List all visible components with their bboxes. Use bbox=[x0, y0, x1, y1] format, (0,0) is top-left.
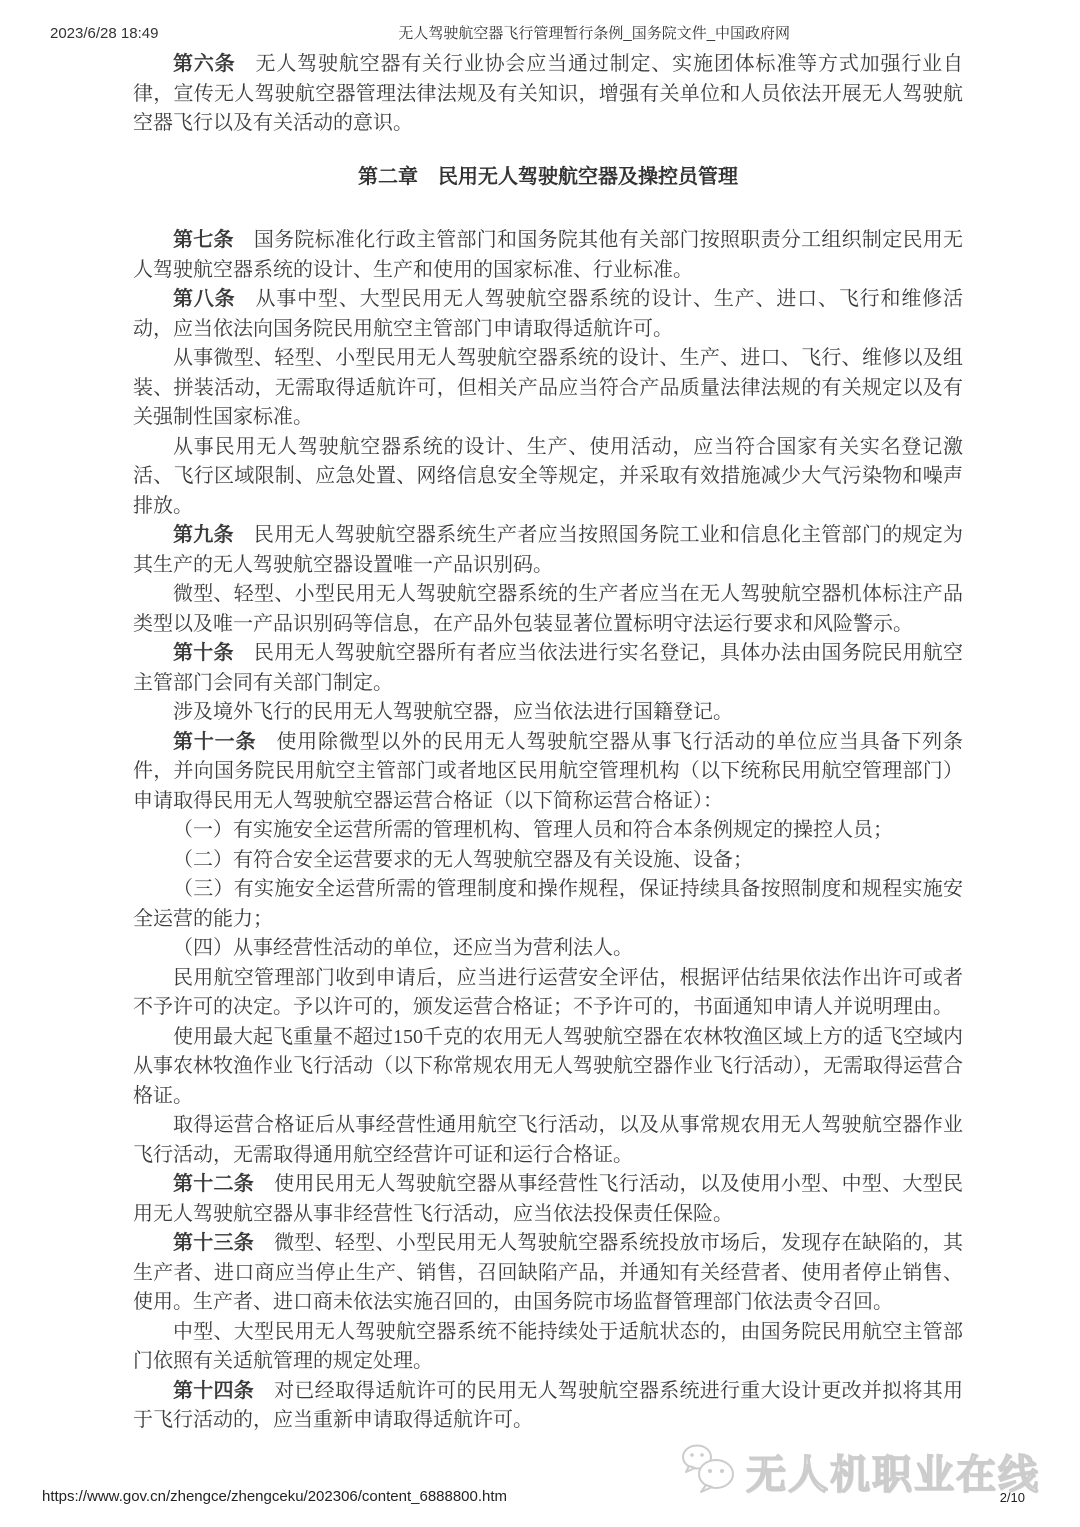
paragraph-text: 使用除微型以外的民用无人驾驶航空器从事飞行活动的单位应当具备下列条件，并向国务院… bbox=[133, 731, 963, 812]
paragraph-text: 中型、大型民用无人驾驶航空器系统不能持续处于适航状态的，由国务院民用航空主管部门… bbox=[133, 1321, 963, 1373]
paragraph-text: 无人驾驶航空器有关行业协会应当通过制定、实施团体标准等方式加强行业自律，宣传无人… bbox=[133, 53, 963, 134]
paragraph-text: 涉及境外飞行的民用无人驾驶航空器，应当依法进行国籍登记。 bbox=[173, 701, 733, 723]
wechat-icon bbox=[676, 1442, 740, 1501]
article-paragraph: 第九条民用无人驾驶航空器系统生产者应当按照国务院工业和信息化主管部门的规定为其生… bbox=[133, 521, 963, 580]
paragraph-text: 对已经取得适航许可的民用无人驾驶航空器系统进行重大设计更改并拟将其用于飞行活动的… bbox=[133, 1380, 963, 1432]
print-header: 2023/6/28 18:49 无人驾驶航空器飞行管理暂行条例_国务院文件_中国… bbox=[50, 22, 1030, 43]
article-number: 第七条 bbox=[173, 229, 234, 251]
page-number: 2/10 bbox=[1000, 1490, 1025, 1505]
article-paragraph: 第六条无人驾驶航空器有关行业协会应当通过制定、实施团体标准等方式加强行业自律，宣… bbox=[133, 50, 963, 139]
article-number: 第十四条 bbox=[173, 1380, 254, 1402]
paragraph-text: 国务院标准化行政主管部门和国务院其他有关部门按照职责分工组织制定民用无人驾驶航空… bbox=[133, 229, 963, 281]
body-paragraph: （二）有符合安全运营要求的无人驾驶航空器及有关设施、设备； bbox=[133, 846, 963, 876]
article-paragraph: 第十二条使用民用无人驾驶航空器从事经营性飞行活动，以及使用小型、中型、大型民用无… bbox=[133, 1170, 963, 1229]
body-paragraph: 取得运营合格证后从事经营性通用航空飞行活动，以及从事常规农用无人驾驶航空器作业飞… bbox=[133, 1111, 963, 1170]
body-paragraph: （一）有实施安全运营所需的管理机构、管理人员和符合本条例规定的操控人员； bbox=[133, 816, 963, 846]
article-paragraph: 第十条民用无人驾驶航空器所有者应当依法进行实名登记，具体办法由国务院民用航空主管… bbox=[133, 639, 963, 698]
paragraph-text: （二）有符合安全运营要求的无人驾驶航空器及有关设施、设备； bbox=[173, 849, 753, 871]
paragraph-text: 民用无人驾驶航空器所有者应当依法进行实名登记，具体办法由国务院民用航空主管部门会… bbox=[133, 642, 963, 694]
body-paragraph: 涉及境外飞行的民用无人驾驶航空器，应当依法进行国籍登记。 bbox=[133, 698, 963, 728]
paragraph-text: （三）有实施安全运营所需的管理制度和操作规程，保证持续具备按照制度和规程实施安全… bbox=[133, 878, 963, 930]
paragraph-text: 民用航空管理部门收到申请后，应当进行运营安全评估，根据评估结果依法作出许可或者不… bbox=[133, 967, 963, 1019]
paragraph-text: 微型、轻型、小型民用无人驾驶航空器系统投放市场后，发现存在缺陷的，其生产者、进口… bbox=[133, 1232, 963, 1313]
body-paragraph: 使用最大起飞重量不超过150千克的农用无人驾驶航空器在农林牧渔区域上方的适飞空域… bbox=[133, 1023, 963, 1112]
body-paragraph: 民用航空管理部门收到申请后，应当进行运营安全评估，根据评估结果依法作出许可或者不… bbox=[133, 964, 963, 1023]
paragraph-text: 从事民用无人驾驶航空器系统的设计、生产、使用活动，应当符合国家有关实名登记激活、… bbox=[133, 436, 963, 517]
article-number: 第八条 bbox=[173, 288, 236, 310]
article-number: 第九条 bbox=[173, 524, 234, 546]
article-number: 第十条 bbox=[173, 642, 234, 664]
print-datetime: 2023/6/28 18:49 bbox=[50, 25, 158, 42]
body-paragraph: 微型、轻型、小型民用无人驾驶航空器系统的生产者应当在无人驾驶航空器机体标注产品类… bbox=[133, 580, 963, 639]
body-paragraph: 从事微型、轻型、小型民用无人驾驶航空器系统的设计、生产、进口、飞行、维修以及组装… bbox=[133, 344, 963, 433]
article-number: 第十二条 bbox=[173, 1173, 254, 1195]
paragraph-text: 取得运营合格证后从事经营性通用航空飞行活动，以及从事常规农用无人驾驶航空器作业飞… bbox=[133, 1114, 963, 1166]
article-number: 第六条 bbox=[173, 53, 236, 75]
watermark: 无人机职业在线 bbox=[676, 1442, 1040, 1501]
article-paragraph: 第十一条使用除微型以外的民用无人驾驶航空器从事飞行活动的单位应当具备下列条件，并… bbox=[133, 728, 963, 817]
chapter-heading: 第二章 民用无人驾驶航空器及操控员管理 bbox=[133, 163, 963, 193]
print-url: https://www.gov.cn/zhengce/zhengceku/202… bbox=[42, 1488, 507, 1505]
body-paragraph: 从事民用无人驾驶航空器系统的设计、生产、使用活动，应当符合国家有关实名登记激活、… bbox=[133, 433, 963, 522]
paragraph-text: 从事中型、大型民用无人驾驶航空器系统的设计、生产、进口、飞行和维修活动，应当依法… bbox=[133, 288, 963, 340]
watermark-text: 无人机职业在线 bbox=[746, 1443, 1040, 1500]
paragraph-text: 使用民用无人驾驶航空器从事经营性飞行活动，以及使用小型、中型、大型民用无人驾驶航… bbox=[133, 1173, 963, 1225]
paragraph-text: （四）从事经营性活动的单位，还应当为营利法人。 bbox=[173, 937, 633, 959]
document-body: 第六条无人驾驶航空器有关行业协会应当通过制定、实施团体标准等方式加强行业自律，宣… bbox=[133, 50, 963, 1436]
body-paragraph: （四）从事经营性活动的单位，还应当为营利法人。 bbox=[133, 934, 963, 964]
article-number: 第十一条 bbox=[173, 731, 256, 753]
paragraph-text: 民用无人驾驶航空器系统生产者应当按照国务院工业和信息化主管部门的规定为其生产的无… bbox=[133, 524, 963, 576]
paragraph-text: 微型、轻型、小型民用无人驾驶航空器系统的生产者应当在无人驾驶航空器机体标注产品类… bbox=[133, 583, 963, 635]
paragraph-text: （一）有实施安全运营所需的管理机构、管理人员和符合本条例规定的操控人员； bbox=[173, 819, 893, 841]
article-paragraph: 第十四条对已经取得适航许可的民用无人驾驶航空器系统进行重大设计更改并拟将其用于飞… bbox=[133, 1377, 963, 1436]
print-title: 无人驾驶航空器飞行管理暂行条例_国务院文件_中国政府网 bbox=[158, 22, 1030, 43]
article-paragraph: 第八条从事中型、大型民用无人驾驶航空器系统的设计、生产、进口、飞行和维修活动，应… bbox=[133, 285, 963, 344]
article-paragraph: 第十三条微型、轻型、小型民用无人驾驶航空器系统投放市场后，发现存在缺陷的，其生产… bbox=[133, 1229, 963, 1318]
paragraph-text: 使用最大起飞重量不超过150千克的农用无人驾驶航空器在农林牧渔区域上方的适飞空域… bbox=[133, 1026, 963, 1107]
body-paragraph: （三）有实施安全运营所需的管理制度和操作规程，保证持续具备按照制度和规程实施安全… bbox=[133, 875, 963, 934]
article-number: 第十三条 bbox=[173, 1232, 254, 1254]
print-page: 2023/6/28 18:49 无人驾驶航空器飞行管理暂行条例_国务院文件_中国… bbox=[0, 0, 1080, 1527]
article-paragraph: 第七条国务院标准化行政主管部门和国务院其他有关部门按照职责分工组织制定民用无人驾… bbox=[133, 226, 963, 285]
paragraph-text: 从事微型、轻型、小型民用无人驾驶航空器系统的设计、生产、进口、飞行、维修以及组装… bbox=[133, 347, 963, 428]
body-paragraph: 中型、大型民用无人驾驶航空器系统不能持续处于适航状态的，由国务院民用航空主管部门… bbox=[133, 1318, 963, 1377]
